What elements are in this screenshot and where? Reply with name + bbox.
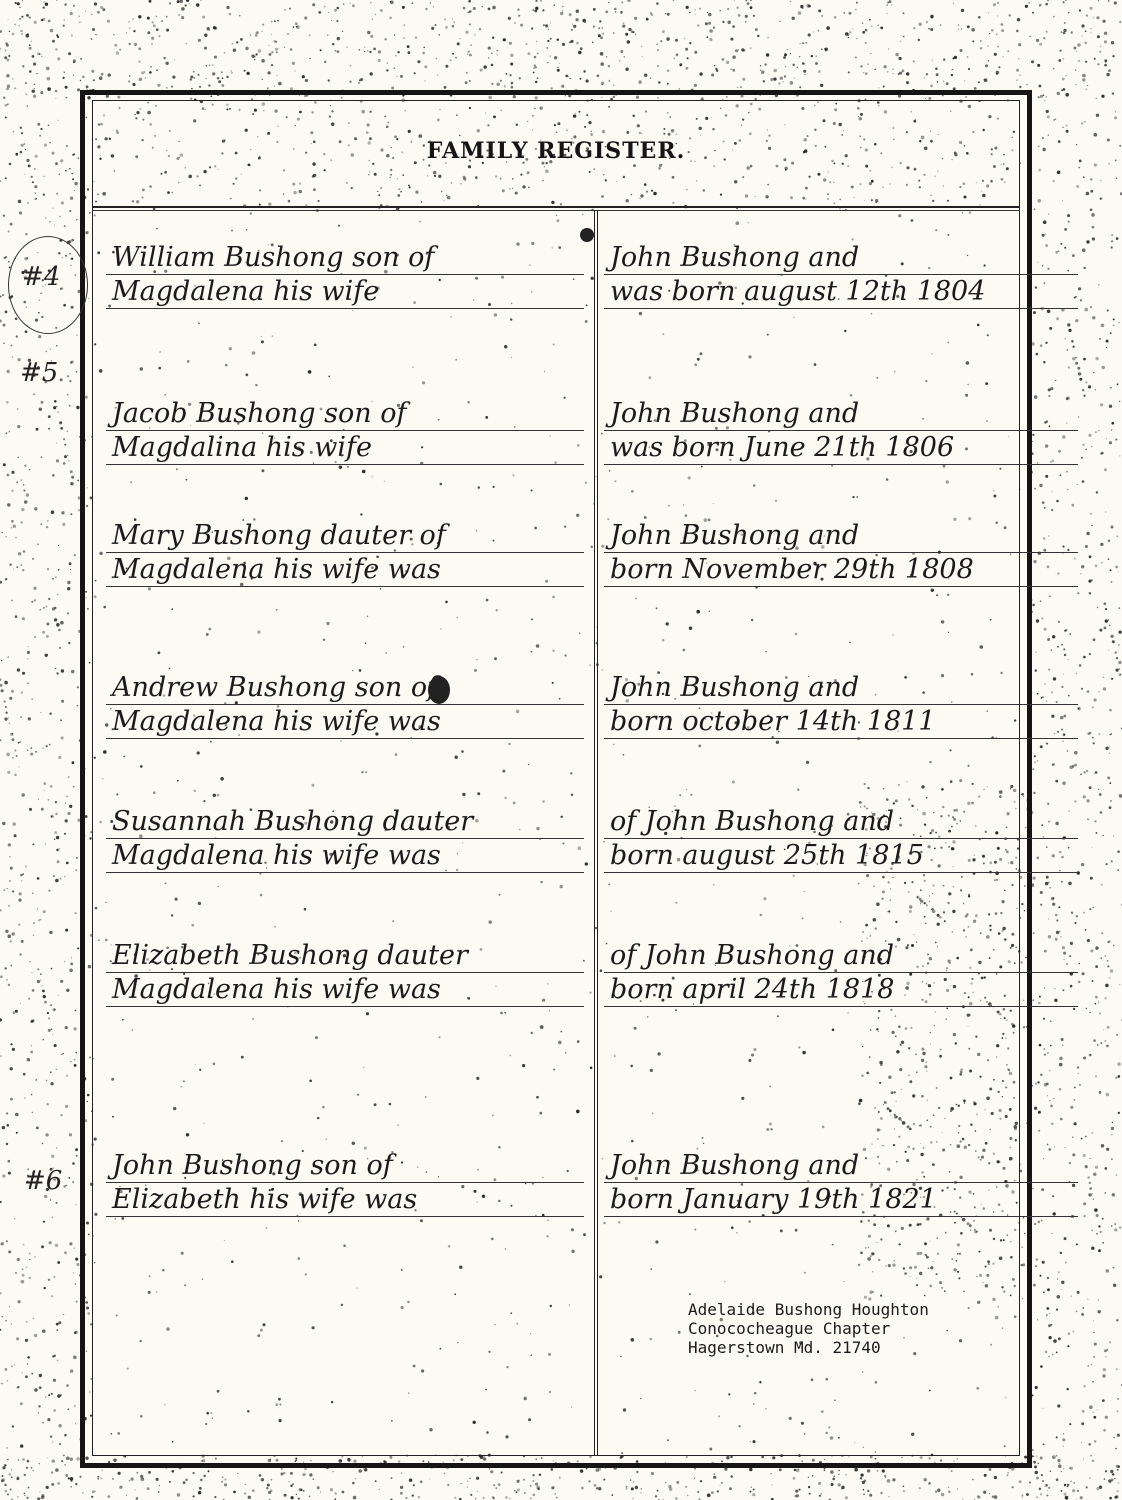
entry-left-line2: Magdalena his wife was bbox=[112, 974, 441, 1005]
entry-underline bbox=[604, 308, 1078, 309]
stamp-address: Hagerstown Md. 21740 bbox=[688, 1338, 881, 1357]
entry-underline bbox=[604, 464, 1078, 465]
ink-blot bbox=[428, 676, 450, 704]
entry-underline bbox=[604, 586, 1078, 587]
entry-underline bbox=[106, 552, 584, 553]
entry-underline bbox=[106, 872, 584, 873]
entry-left-line2: Magdalena his wife bbox=[112, 276, 379, 307]
entry-left-line1: Mary Bushong dauter of bbox=[112, 520, 446, 551]
owner-stamp: Adelaide Bushong Houghton Conococheague … bbox=[688, 1300, 929, 1357]
entry-underline bbox=[106, 586, 584, 587]
entry-right-line2: born april 24th 1818 bbox=[610, 974, 894, 1005]
entry-underline bbox=[604, 738, 1078, 739]
entry-underline bbox=[106, 1006, 584, 1007]
entry-underline bbox=[604, 552, 1078, 553]
entry-right-line1: of John Bushong and bbox=[610, 940, 894, 971]
entry-underline bbox=[106, 972, 584, 973]
entry-right-line2: born october 14th 1811 bbox=[610, 706, 936, 737]
entry-right-line2: born January 19th 1821 bbox=[610, 1184, 937, 1215]
entry-right-line1: John Bushong and bbox=[610, 672, 859, 703]
entry-underline bbox=[604, 1216, 1078, 1217]
page-title: FAMILY REGISTER. bbox=[92, 138, 1020, 164]
entry-left-line1: Susannah Bushong dauter bbox=[112, 806, 473, 837]
entry-underline bbox=[604, 972, 1078, 973]
entry-right-line1: of John Bushong and bbox=[610, 806, 894, 837]
entry-underline bbox=[106, 464, 584, 465]
entry-right-line1: John Bushong and bbox=[610, 520, 859, 551]
entry-left-line1: John Bushong son of bbox=[112, 1150, 393, 1181]
entry-underline bbox=[106, 704, 584, 705]
margin-note-4: #4 bbox=[22, 262, 60, 292]
entry-right-line2: was born august 12th 1804 bbox=[610, 276, 985, 307]
entry-underline bbox=[604, 1006, 1078, 1007]
title-divider-thin bbox=[92, 210, 1020, 211]
entry-right-line1: John Bushong and bbox=[610, 1150, 859, 1181]
entry-underline bbox=[604, 1182, 1078, 1183]
entry-right-line1: John Bushong and bbox=[610, 242, 859, 273]
stamp-chapter: Conococheague Chapter bbox=[688, 1319, 890, 1338]
entry-underline bbox=[106, 430, 584, 431]
entry-right-line1: John Bushong and bbox=[610, 398, 859, 429]
entry-underline bbox=[106, 1182, 584, 1183]
margin-note-6: #6 bbox=[24, 1166, 62, 1196]
entry-right-line2: born august 25th 1815 bbox=[610, 840, 924, 871]
margin-note-5: #5 bbox=[20, 358, 58, 388]
entry-left-line2: Elizabeth his wife was bbox=[112, 1184, 417, 1215]
entry-right-line2: was born June 21th 1806 bbox=[610, 432, 954, 463]
entry-underline bbox=[604, 872, 1078, 873]
entry-left-line1: Andrew Bushong son of bbox=[112, 672, 437, 703]
entry-underline bbox=[106, 838, 584, 839]
entry-left-line2: Magdalina his wife bbox=[112, 432, 372, 463]
title-divider bbox=[92, 206, 1020, 208]
entry-left-line1: Jacob Bushong son of bbox=[112, 398, 406, 429]
entry-underline bbox=[604, 430, 1078, 431]
ink-blot bbox=[580, 228, 594, 242]
entry-left-line1: Elizabeth Bushong dauter bbox=[112, 940, 468, 971]
stamp-name: Adelaide Bushong Houghton bbox=[688, 1300, 929, 1319]
entry-left-line2: Magdalena his wife was bbox=[112, 840, 441, 871]
entry-left-line1: William Bushong son of bbox=[112, 242, 434, 273]
entry-underline bbox=[106, 1216, 584, 1217]
entry-underline bbox=[604, 274, 1078, 275]
entry-underline bbox=[604, 838, 1078, 839]
entry-underline bbox=[106, 308, 584, 309]
entry-right-line2: born November 29th 1808 bbox=[610, 554, 974, 585]
entry-underline bbox=[106, 738, 584, 739]
entry-underline bbox=[604, 704, 1078, 705]
entry-left-line2: Magdalena his wife was bbox=[112, 706, 441, 737]
entry-left-line2: Magdalena his wife was bbox=[112, 554, 441, 585]
column-divider bbox=[594, 210, 598, 1456]
entry-underline bbox=[106, 274, 584, 275]
